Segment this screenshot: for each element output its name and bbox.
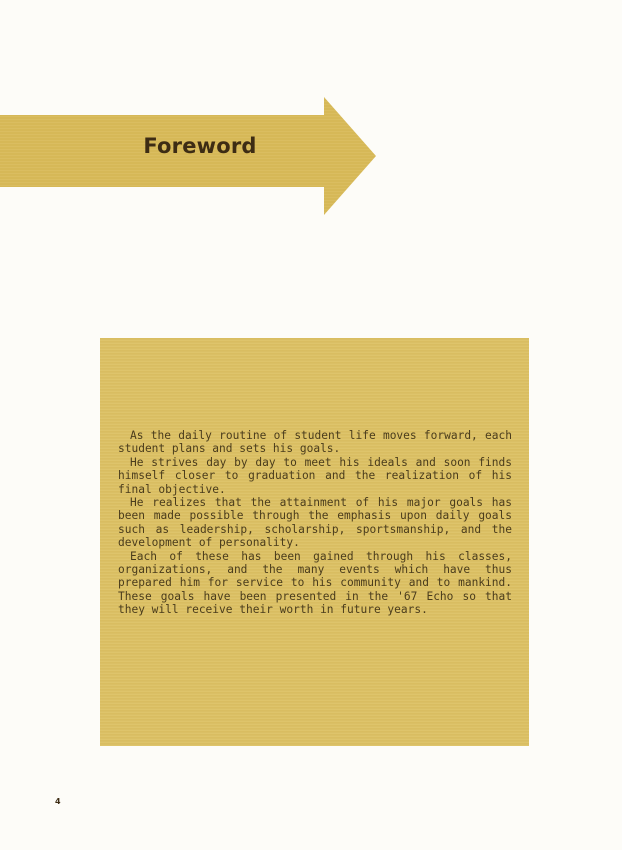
- page-title: Foreword: [90, 134, 310, 158]
- foreword-panel: As the daily routine of student life mov…: [100, 338, 529, 746]
- paragraph: As the daily routine of student life mov…: [118, 429, 512, 456]
- paragraph: Each of these has been gained through hi…: [118, 550, 512, 617]
- paragraph: He realizes that the attainment of his m…: [118, 496, 512, 550]
- page-number: 4: [55, 797, 61, 806]
- paragraph: He strives day by day to meet his ideals…: [118, 456, 512, 496]
- foreword-text: As the daily routine of student life mov…: [118, 429, 512, 617]
